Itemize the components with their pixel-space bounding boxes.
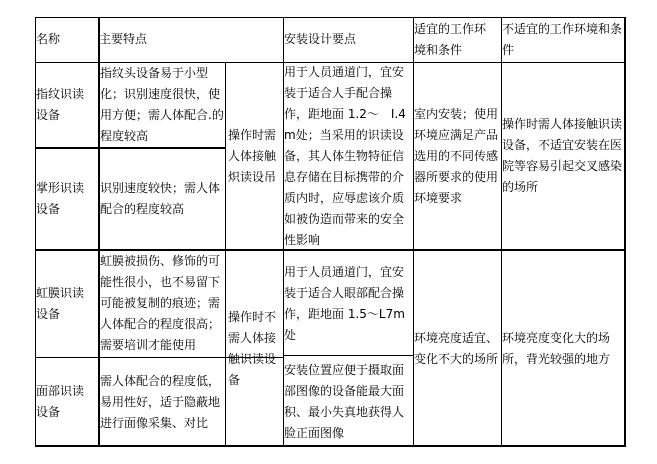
noncontact-note: 操作时不需人体接触识读设备 [225, 250, 283, 447]
fingerprint-features-text: 指纹头设备易于小型化；识别速度很快，使用方便；需人体配合.的程度较高 [100, 63, 224, 147]
col-divider-note [283, 17, 284, 447]
noncontact-suitable: 环境亮度适宜、变化不大的场所 [413, 250, 501, 447]
palm-features-text: 识别速度较快；需人体配合的程度较高 [100, 178, 224, 220]
noncontact-unsuitable-text: 环境亮度变化大的场所，背光较强的地方 [502, 328, 622, 370]
contact-note: 操作时需人体接触炽读设吊 [225, 62, 283, 250]
palm-name-text: 掌形识读设备 [36, 178, 92, 220]
table-border-top [35, 17, 626, 18]
row-face-features: 需人体配合的程度低，易用性好，适于隐蔽地进行面像采集、对比 [98, 357, 225, 447]
header-name-text: 名称 [36, 29, 60, 50]
row3-divider-install [283, 355, 413, 356]
table-border-bottom [35, 445, 626, 447]
header-suitable-text: 适宜的工作环境和条件 [414, 19, 497, 61]
row-iris-install: 用于人员通道门，宜安装于适合人眼部配合操作，距地面 1.5〜L7m 处 [283, 250, 413, 357]
table-border-right [624, 17, 626, 447]
row-palm-features: 识别速度较快；需人体配合的程度较高 [98, 148, 225, 250]
col-divider-name [98, 17, 100, 447]
contact-suitable-text: 室内安装；使用环境应满足产品选用的不同传感器所要求的使用环境要求 [414, 104, 499, 209]
contact-unsuitable: 操作时需人体接触识读设备，不适宜安装在医院等容易引起交叉感染的场所 [501, 62, 626, 250]
contact-install: 用于人员通道门，宜安装于适合人手配合操作，距地面 1.2〜 I.4m处；当采用的… [283, 62, 413, 250]
table-border-left [35, 17, 36, 447]
iris-name-text: 虹膜识读设备 [36, 283, 92, 325]
row-face-name: 面部识读设备 [35, 357, 98, 447]
row1-divider [35, 147, 225, 149]
face-features-text: 需人体配合的程度低，易用性好，适于隐蔽地进行面像采集、对比 [100, 371, 224, 434]
header-suitable: 适宜的工作环境和条件 [413, 17, 501, 62]
contact-unsuitable-text: 操作时需人体接触识读设备，不适宜安装在医院等容易引起交叉感染的场所 [502, 114, 622, 198]
row-face-install: 安装位置应便于摄取面部图像的设备能最大面积、最小失真地获得人脸正面图像 [283, 357, 413, 447]
header-unsuitable: 不适宜的工作环境和条件 [501, 17, 626, 62]
row-iris-features: 虹膜被损伤、修饰的可能性很小，也不易留下可能被复制的痕迹；需人体配合的程度很高；… [98, 250, 225, 357]
header-features-text: 主要特点 [99, 29, 147, 50]
header-features: 主要特点 [98, 17, 283, 62]
header-install: 安装设计要点 [283, 17, 413, 62]
header-divider [35, 62, 626, 63]
face-name-text: 面部识读设备 [36, 381, 92, 423]
header-unsuitable-text: 不适宜的工作环境和条件 [502, 19, 625, 61]
group-divider [35, 249, 626, 251]
row-fingerprint-name: 指纹识读设备 [35, 62, 98, 148]
face-install-text: 安装位置应便于摄取面部图像的设备能最大面积、最小失真地获得人脸正面图像 [284, 360, 412, 444]
contact-note-text: 操作时需人体接触炽读设吊 [228, 125, 282, 188]
col-divider-suitable [501, 17, 502, 447]
row-iris-name: 虹膜识读设备 [35, 250, 98, 357]
col-divider-install [413, 17, 414, 447]
iris-features-text: 虹膜被损伤、修饰的可能性很小，也不易留下可能被复制的痕迹；需人体配合的程度很高；… [100, 251, 224, 356]
fingerprint-name-text: 指纹识读设备 [36, 84, 92, 126]
biometric-device-table: 名称 主要特点 安装设计要点 适宜的工作环境和条件 不适宜的工作环境和条件 指纹… [35, 17, 626, 447]
header-install-text: 安装设计要点 [284, 29, 356, 50]
row3-divider-left [35, 357, 283, 358]
noncontact-suitable-text: 环境亮度适宜、变化不大的场所 [414, 328, 499, 370]
iris-install-text: 用于人员通道门，宜安装于适合人眼部配合操作，距地面 1.5〜L7m 处 [284, 262, 412, 346]
contact-suitable: 室内安装；使用环境应满足产品选用的不同传感器所要求的使用环境要求 [413, 62, 501, 250]
header-name: 名称 [35, 17, 98, 62]
noncontact-unsuitable: 环境亮度变化大的场所，背光较强的地方 [501, 250, 626, 447]
row-palm-name: 掌形识读设备 [35, 148, 98, 250]
row-fingerprint-features: 指纹头设备易于小型化；识别速度很快，使用方便；需人体配合.的程度较高 [98, 62, 225, 148]
noncontact-note-text: 操作时不需人体接触识读设备 [228, 307, 282, 391]
contact-install-text: 用于人员通道门，宜安装于适合人手配合操作，距地面 1.2〜 I.4m处；当采用的… [284, 62, 412, 251]
col-divider-features [225, 62, 226, 447]
